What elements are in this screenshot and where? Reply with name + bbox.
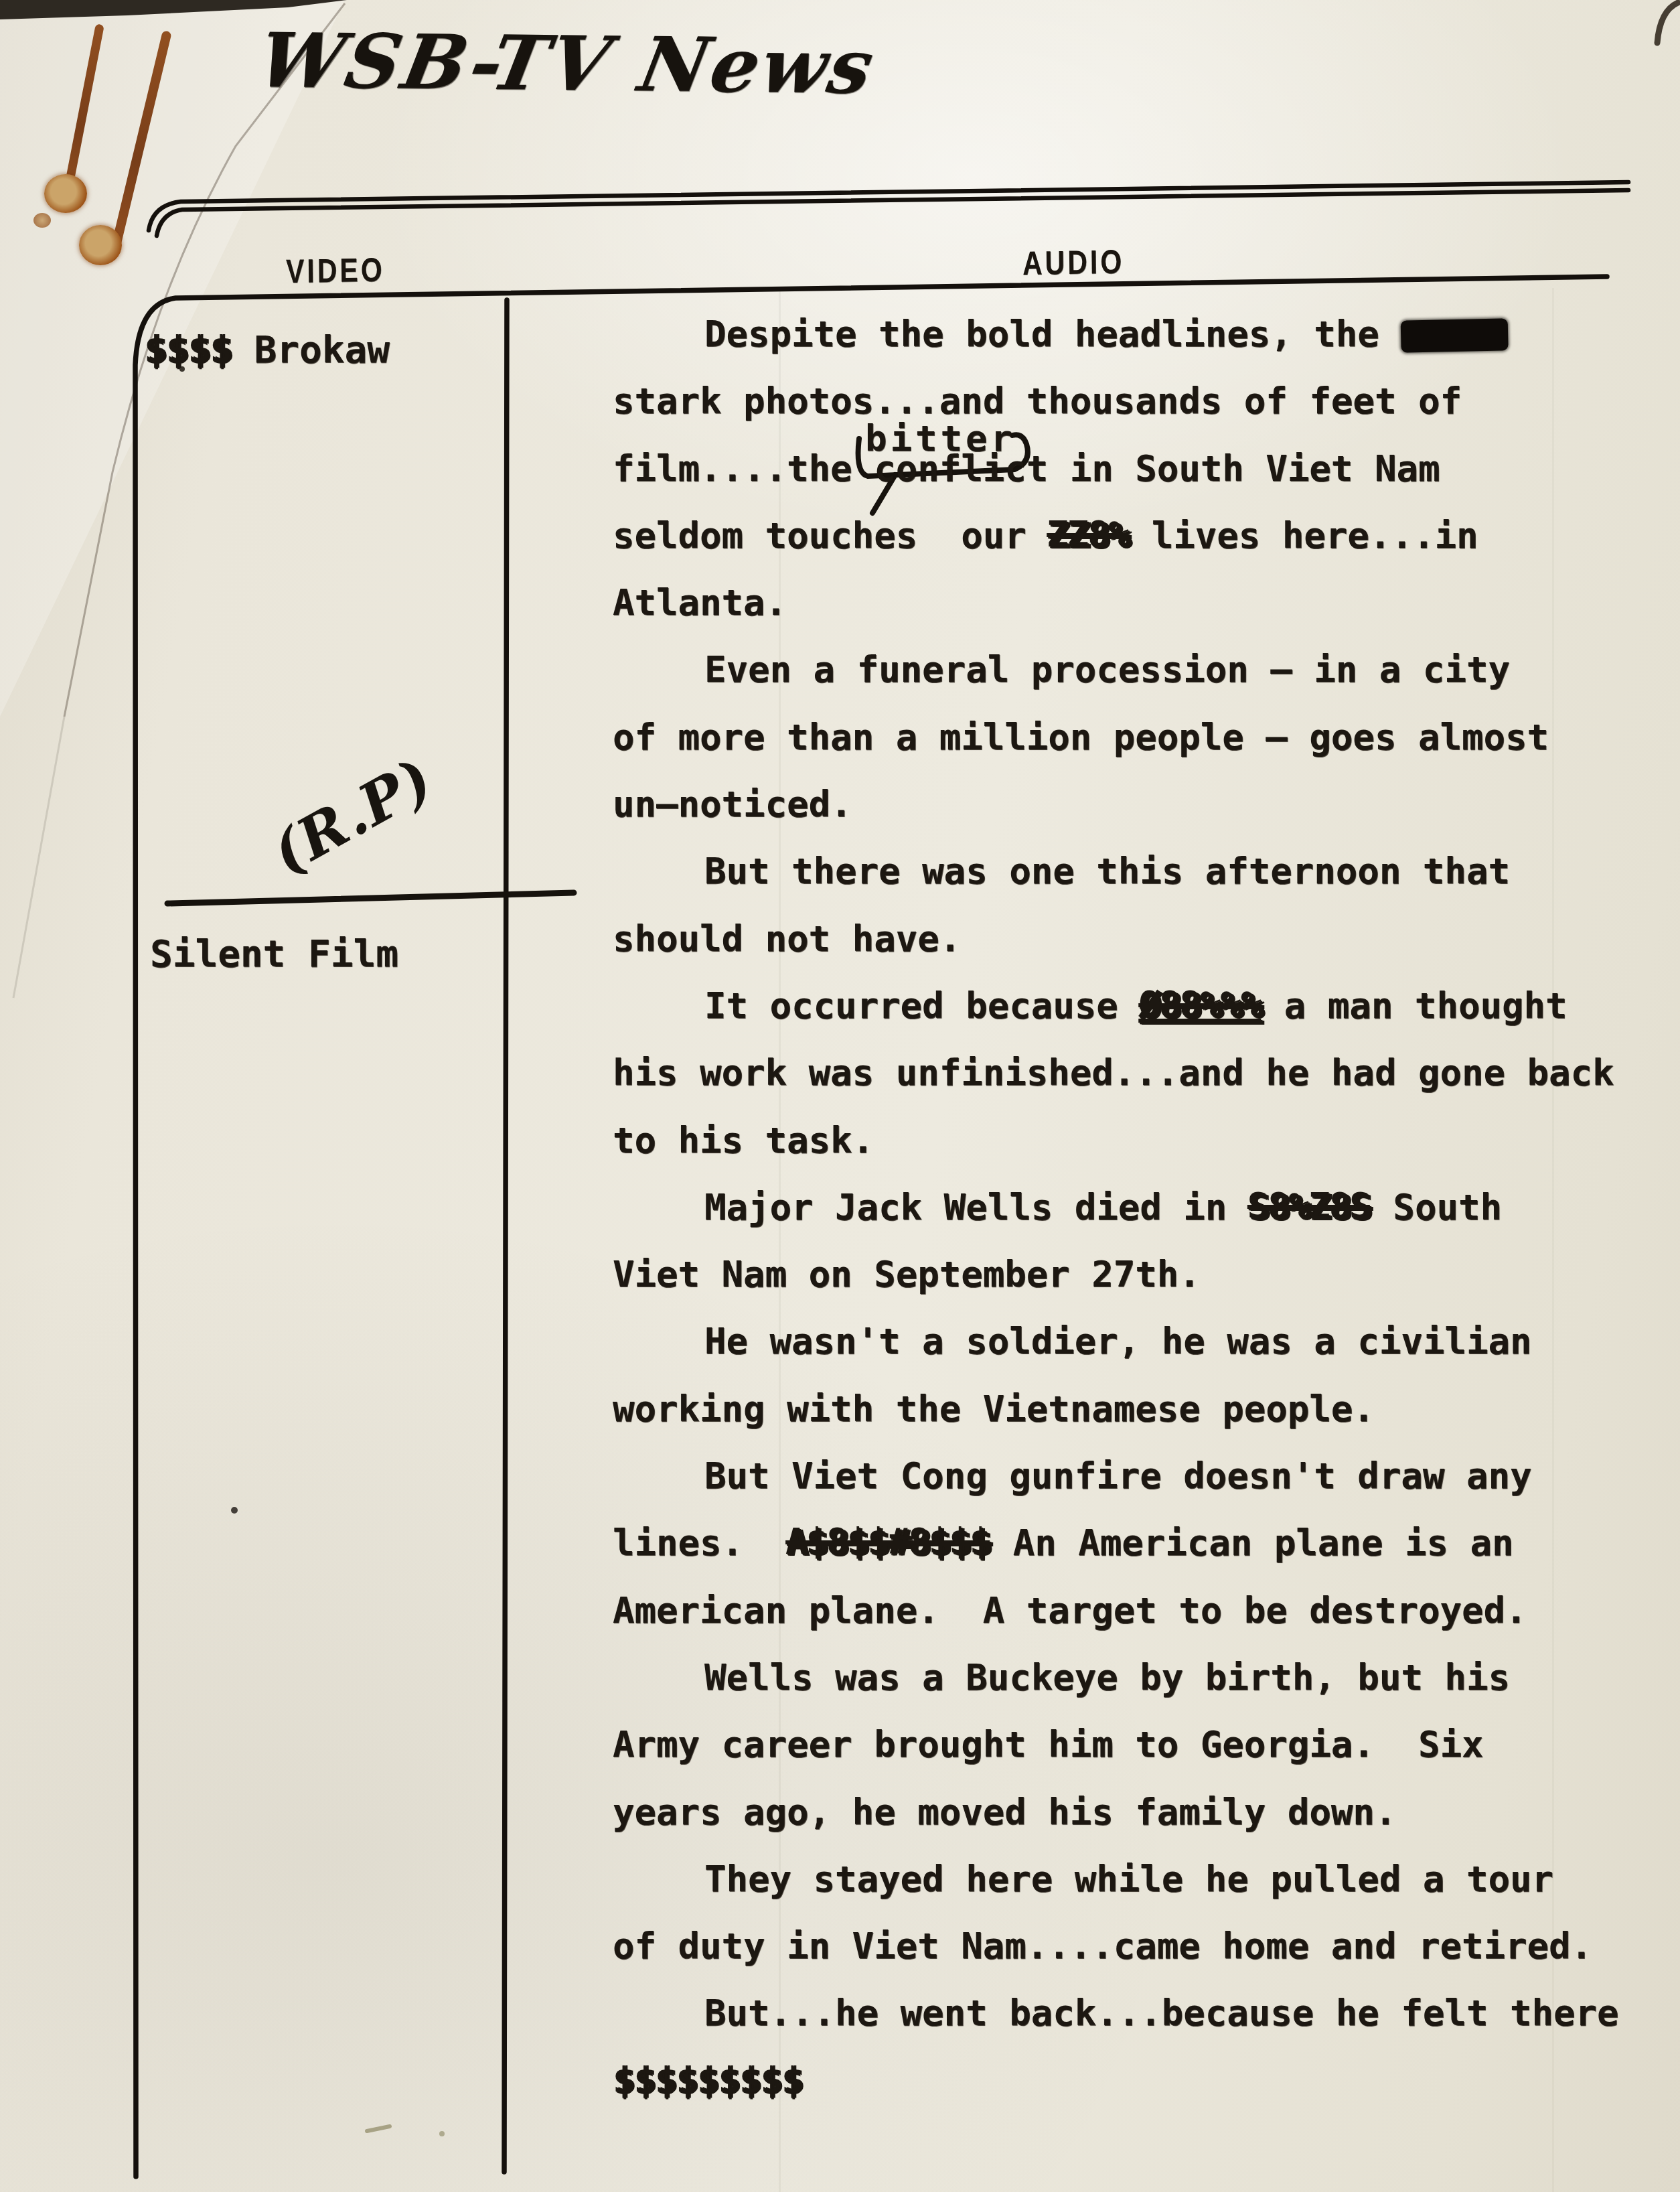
script-line: $$$$$$$$$ xyxy=(613,2047,1637,2114)
script-line: But...he went back...because he felt the… xyxy=(613,1980,1637,2047)
typed-text: stark photos...and thousands of feet of xyxy=(613,380,1462,422)
typed-text: But there was one this afternoon that xyxy=(704,850,1510,892)
script-line: Major Jack Wells died in S8%Z8S South xyxy=(613,1174,1637,1241)
typed-text: They stayed here while he pulled a tour xyxy=(704,1858,1553,1900)
struck-out-text: Ø88%%% xyxy=(1140,984,1262,1027)
typed-text: of duty in Viet Nam....came home and ret… xyxy=(613,1925,1592,1967)
typed-text: his work was unfinished...and he had gon… xyxy=(613,1051,1614,1094)
script-line: Atlanta. xyxy=(613,569,1637,636)
typed-text: of more than a million people — goes alm… xyxy=(613,716,1549,758)
typed-text: An American plane is an xyxy=(991,1522,1513,1564)
script-line: years ago, he moved his family down. xyxy=(613,1779,1637,1846)
struck-out-text: $$$$$$$$$ xyxy=(613,2059,803,2102)
script-line: seldom touches our ZZ8% lives here...in xyxy=(613,502,1637,569)
script-line: Even a funeral procession — in a city xyxy=(613,636,1637,703)
script-line: working with the Vietnamese people. xyxy=(613,1376,1637,1443)
typed-text: But Viet Cong gunfire doesn't draw any xyxy=(704,1455,1531,1497)
typed-text: should not have. xyxy=(613,918,961,960)
script-line: film....the conflict in South Viet Nam xyxy=(613,435,1637,502)
pencil-speck xyxy=(367,2126,390,2131)
typed-text: working with the Vietnamese people. xyxy=(613,1388,1375,1430)
script-line: to his task. xyxy=(613,1107,1637,1174)
script-line: his work was unfinished...and he had gon… xyxy=(613,1039,1637,1106)
audio-column-label: AUDIO xyxy=(1022,243,1125,283)
struck-dollar-signs: $$$$ xyxy=(144,328,232,372)
script-line: But Viet Cong gunfire doesn't draw any xyxy=(613,1443,1637,1510)
typed-text: It occurred because xyxy=(704,984,1140,1027)
masthead-title: WSB-TV News xyxy=(252,17,883,111)
script-line: Despite the bold headlines, the xyxy=(613,301,1637,368)
column-divider-line xyxy=(504,300,507,2172)
typed-text: But...he went back...because he felt the… xyxy=(704,1992,1618,2034)
typed-text: Despite the bold headlines, the xyxy=(704,313,1401,355)
script-line: Viet Nam on September 27th. xyxy=(613,1241,1637,1308)
typed-text: Army career brought him to Georgia. Six xyxy=(613,1723,1483,1765)
typed-text: to his task. xyxy=(613,1119,874,1161)
typed-text: American plane. A target to be destroyed… xyxy=(613,1589,1527,1631)
typed-text: lines. xyxy=(613,1522,787,1564)
script-line: lines. A$8$$#8$$$ An American plane is a… xyxy=(613,1510,1637,1577)
script-line: stark photos...and thousands of feet of xyxy=(613,368,1637,435)
typed-text: Wells was a Buckeye by birth, but his xyxy=(704,1656,1510,1698)
struck-out-text: ZZ8% xyxy=(1048,514,1130,557)
corner-mark xyxy=(1657,3,1678,43)
ink-speck xyxy=(231,1507,238,1514)
typed-text: He wasn't a soldier, he was a civilian xyxy=(704,1320,1531,1362)
typed-text: lives here...in xyxy=(1130,514,1478,557)
pencil-speck xyxy=(439,2131,445,2136)
script-line: It occurred because Ø88%%% a man thought xyxy=(613,972,1637,1039)
typed-text: South xyxy=(1371,1186,1502,1228)
page-fold-crease xyxy=(13,717,64,998)
handwritten-divider-line xyxy=(167,893,574,903)
typed-text: un—noticed. xyxy=(613,783,852,825)
script-line: Army career brought him to Georgia. Six xyxy=(613,1711,1637,1778)
typed-text: years ago, he moved his family down. xyxy=(613,1791,1396,1833)
cue-silent-film: Silent Film xyxy=(150,932,398,976)
scanner-edge xyxy=(0,0,347,19)
script-line: They stayed here while he pulled a tour xyxy=(613,1846,1637,1913)
script-line: of duty in Viet Nam....came home and ret… xyxy=(613,1913,1637,1980)
typed-text: Major Jack Wells died in xyxy=(704,1186,1249,1228)
typed-text: seldom touches our xyxy=(613,514,1048,557)
script-line: should not have. xyxy=(613,905,1637,972)
redacted-blob xyxy=(1401,318,1509,352)
typed-text: Even a funeral procession — in a city xyxy=(704,648,1510,690)
typed-text: Viet Nam on September 27th. xyxy=(613,1253,1201,1295)
typed-text: film....the conflict in South Viet Nam xyxy=(613,447,1440,490)
struck-out-text: S8%Z8S xyxy=(1249,1186,1371,1228)
cue-brokaw-label: Brokaw xyxy=(232,328,390,372)
cue-brokaw: $$$$ Brokaw xyxy=(144,328,390,372)
typed-text: Atlanta. xyxy=(613,581,787,624)
script-line: un—noticed. xyxy=(613,771,1637,838)
script-line: American plane. A target to be destroyed… xyxy=(613,1577,1637,1644)
struck-out-text: A$8$$#8$$$ xyxy=(787,1522,991,1564)
script-line: But there was one this afternoon that xyxy=(613,838,1637,905)
script-line: Wells was a Buckeye by birth, but his xyxy=(613,1644,1637,1711)
audio-script-text: Despite the bold headlines, the stark ph… xyxy=(613,301,1637,2114)
script-line: of more than a million people — goes alm… xyxy=(613,704,1637,771)
typed-text: a man thought xyxy=(1262,984,1567,1027)
script-line: He wasn't a soldier, he was a civilian xyxy=(613,1308,1637,1375)
video-column-label: VIDEO xyxy=(286,251,385,291)
scanned-news-script-page: WSB-TV News VIDEO AUDIO $$$$ Brokaw (R.P… xyxy=(0,0,1680,2192)
